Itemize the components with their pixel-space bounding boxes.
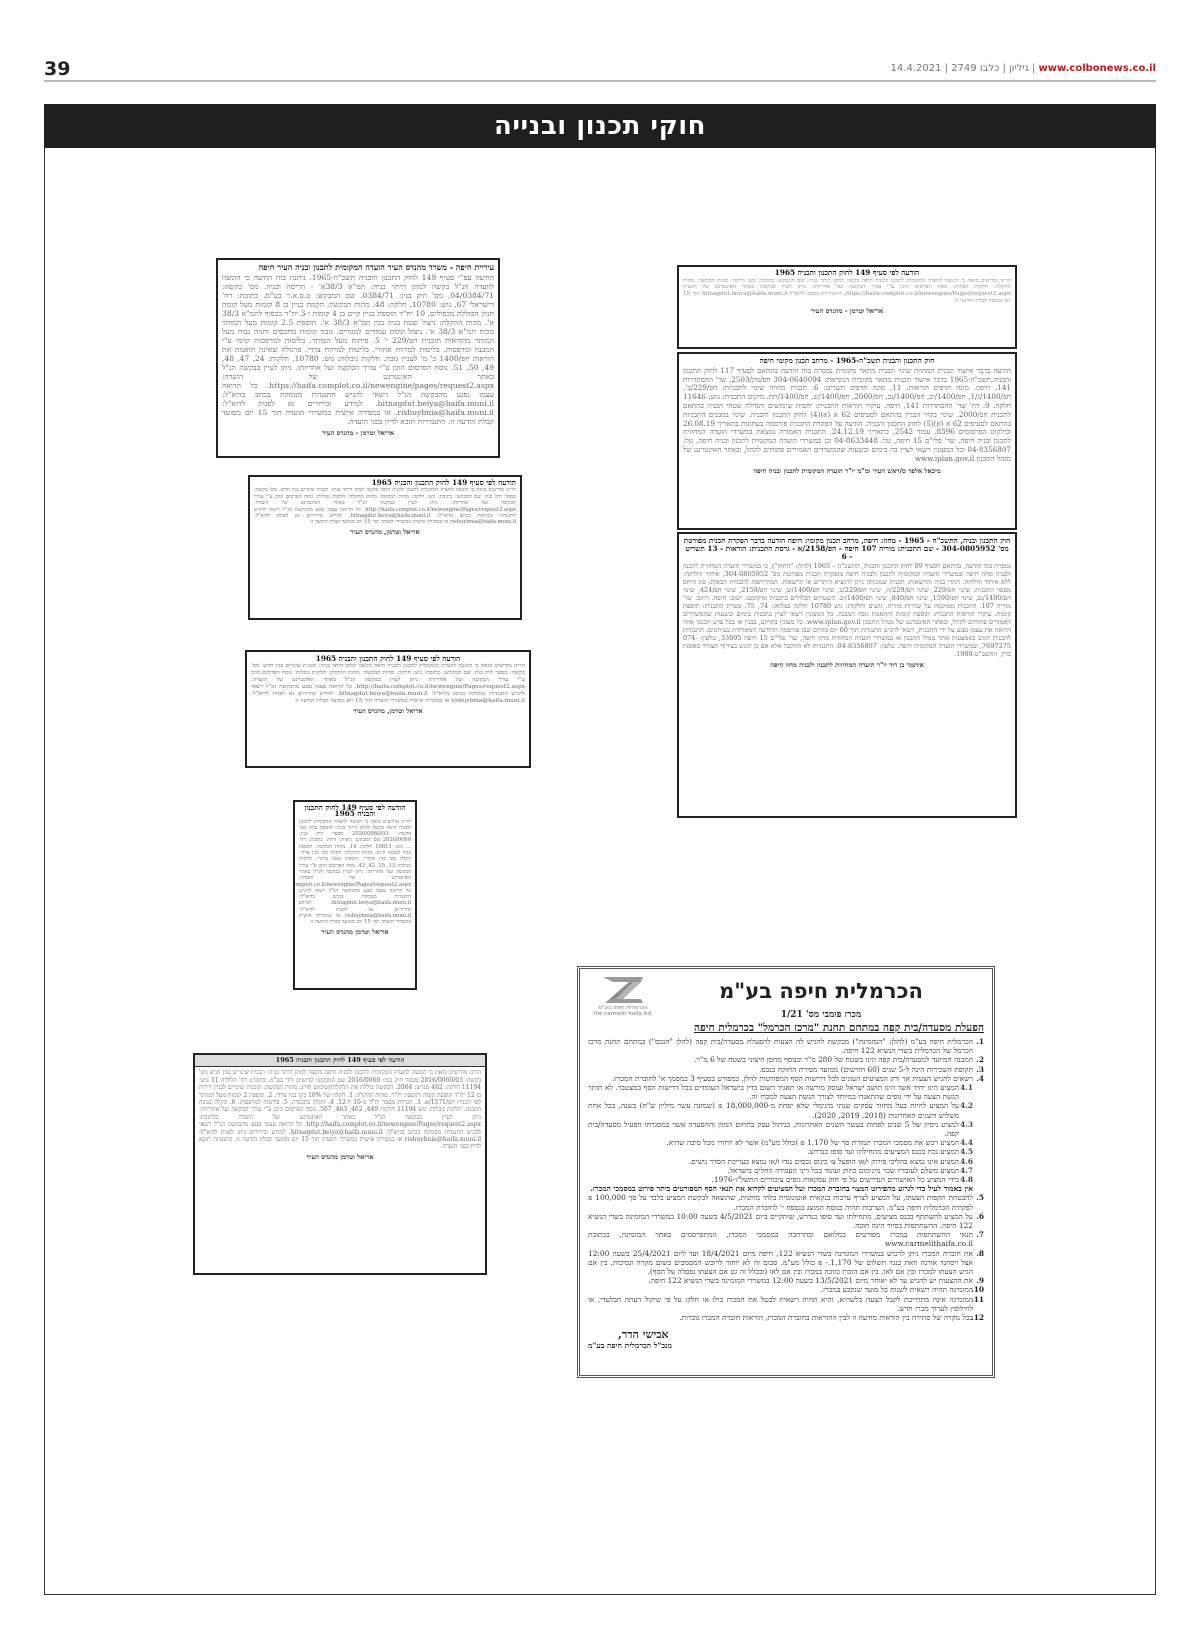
- notice-title: חוק התכנון ובניה, התשכ"ה - 1965 - מחוז: …: [683, 537, 1011, 561]
- carmelit-tender-ad: הכרמלית חיפה בע"מ the carmelit haifa ltd…: [577, 966, 995, 1378]
- tender-item: 12.בכל מקרה של סתירה בין הוראות מודעה זו…: [588, 1313, 984, 1322]
- folio-paper: כלבו: [980, 63, 999, 74]
- tender-item: 4.רשאים להגיש הצעות אך ורק המציעים העוני…: [588, 1074, 984, 1184]
- signer-name: אבישי הדר,: [588, 1328, 984, 1341]
- tender-item: 2.המבנה המיועד למסעדה/בית קפה הינו בשטח …: [588, 1055, 984, 1064]
- notice-signature: אריאל וטרמן - מהנדס העיר: [222, 429, 494, 438]
- notice-body: נמסרת בזה הודעה, בהתאם לסעיף 89 לחוק התכ…: [683, 562, 1011, 658]
- notice-149-small: הודעה לפי סעיף 149 לחוק התכנון והבניה 19…: [677, 265, 1017, 349]
- notice-body: הרינו מודיעים בזאת כי הוגשה לוועדה המקומ…: [254, 487, 516, 525]
- folio-date: 14.4.2021: [891, 63, 942, 74]
- notice-signature: אריאל וטרמן, מהנדס העיר: [251, 708, 525, 715]
- notice-149-wide: הודעה לפי סעיף 149 לחוק התכנון והבניה 19…: [248, 475, 522, 620]
- tender-item: 10.המזמינה תהיה רשאית לשנות כל מועד שנקב…: [588, 1285, 984, 1294]
- tender-note: אין באמור לעיל כדי לגרוע מהפירוט המצוי ב…: [588, 1184, 984, 1193]
- tender-item: 6.על המציע להשתתף בכנס מציעים, מתחילתו ו…: [588, 1212, 984, 1230]
- notice-body: הודעה בדבר אישור תכנית המהווה שינוי תכני…: [683, 367, 1011, 464]
- condition-item: 4.4המציע רכש את מסמכי המכרז תמורת סך של …: [588, 1138, 973, 1147]
- notice-body: הרינו מודיעים בזאת כי הוגשה לוועדה המקומ…: [251, 663, 525, 705]
- notice-149-narrow: הודעה לפי סעיף 149 לחוק התכנון והבניה 19…: [293, 800, 417, 990]
- condition-item: 4.5המציע נכח בכנס המציעים מתחילתו ועד סו…: [588, 1147, 973, 1156]
- notice-title: הודעה לפי סעיף 149 לחוק התכנון והבניה 19…: [683, 270, 1011, 277]
- notice-body: הודעה עפ"י סעיף 149 לחוק התכנון והבניה ת…: [222, 273, 494, 426]
- condition-item: 4.2על המציע להיות בעל מחזור עסקים שנתי מ…: [588, 1101, 973, 1119]
- notice-signature: אריאל וטרמן - מהנדס העיר: [683, 308, 1011, 315]
- carmelit-z-logo-icon: [601, 975, 645, 1005]
- tender-number: מכרז פומבי מס' 1/21: [658, 1009, 984, 1020]
- notice-signature: אריאל וטרמן מהנדס העיר: [199, 1154, 481, 1161]
- notice-149-boxed: הודעה לפי סעיף 149 לחוק התכנון והבניה 19…: [193, 1053, 487, 1275]
- notice-title: הודעה לפי סעיף 149 לחוק התכנון והבניה 19…: [195, 1055, 485, 1067]
- tender-items: 1.הכרמלית חיפה בע"מ (להלן: "המזמינה") מב…: [588, 1037, 984, 1322]
- notice-body: הרינו מודיעים בזאת כי הוגשה לוועדה המקומ…: [683, 278, 1011, 305]
- notice-title: הודעה לפי סעיף 149 לחוק התכנון והבניה 19…: [254, 480, 516, 486]
- notice-signature: מיכאל אלפר ס/ראש העיר ומ"מ יו"ר הועדה המ…: [683, 467, 1011, 476]
- tender-item: 5.להבטחת תקפות הצעתו, על המציע לצרף ערבו…: [588, 1193, 984, 1211]
- signer-title: מנכ"ל הכרמלית חיפה בע"מ: [588, 1341, 984, 1350]
- notice-title: חוק התכנון והבניה תשכ"ה-1965 - מרחב תכנו…: [683, 357, 1011, 366]
- section-title: חוקי תכנון ובנייה: [494, 111, 706, 141]
- threshold-conditions: 4.1המציע הינו יחיד אשר הינו תושב ישראל ו…: [588, 1083, 973, 1184]
- notice-local-plan-approval: חוק התכנון והבניה תשכ"ה-1965 - מרחב תכנו…: [677, 352, 1017, 530]
- site-link[interactable]: www.colbonews.co.il: [1039, 63, 1156, 74]
- company-logo: הכרמלית חיפה בע"מ the carmelit haifa ltd…: [588, 975, 658, 1017]
- condition-item: 4.8בידי המציע כל האישורים הנדרשים על פי …: [588, 1175, 973, 1184]
- tender-item: 9.את ההצעות יש להגיש עד לא יאוחר מיום 13…: [588, 1276, 984, 1285]
- page-number: 39: [44, 58, 70, 80]
- notice-signature: אריאל וטרמן מהנדס העיר: [299, 929, 411, 935]
- condition-item: 4.3למציע ניסיון של 5 שנים לפחות בעשר השנ…: [588, 1120, 973, 1138]
- notice-body: הרינו מודיעים בזאת כי הוגשה לוועדה המקומ…: [299, 819, 411, 926]
- notice-haifa-building-permit: עיריית חיפה - משרד מהנדס העיר הועדה המקו…: [216, 258, 500, 458]
- tender-item: 7.תנאי ההשתתפות במכרז מפורטים במלואם ובה…: [588, 1230, 984, 1248]
- tender-subject: הפעלת מסעדה/בית קפה במתחם תחנת "מרכז הכר…: [588, 1022, 984, 1034]
- condition-item: 4.7המציע משלם לעובדיו שכר מינימום כחוק ו…: [588, 1166, 973, 1175]
- folio: 14.4.2021 | 2749 גיליון | כלבו | www.col…: [891, 63, 1156, 74]
- section-banner: חוקי תכנון ובנייה: [44, 104, 1156, 148]
- notice-signature: איתמר בן דוד יו"ר הועדה המחוזית לתכנון ו…: [683, 661, 1011, 669]
- condition-item: 4.6המציע אינו נמצא בהליכי פירוק ו/או הופ…: [588, 1157, 973, 1166]
- notice-title: הודעה לפי סעיף 149 לחוק התכנון והבניה 19…: [251, 655, 525, 662]
- logo-name-en: the carmelit haifa ltd.: [588, 1011, 658, 1017]
- notice-moria-plan-deposit: חוק התכנון ובניה, התשכ"ה - 1965 - מחוז: …: [677, 532, 1017, 818]
- tender-item: 3.תקופת השכירות הינה ל-5 שנים (60 חודשים…: [588, 1065, 984, 1074]
- tender-item: 1.הכרמלית חיפה בע"מ (להלן: "המזמינה") מב…: [588, 1037, 984, 1055]
- tender-item: 11.המזמינה אינה מתחייבת לקבל הצעה כלשהיא…: [588, 1295, 984, 1313]
- company-name: הכרמלית חיפה בע"מ: [658, 979, 984, 1003]
- notice-title: עיריית חיפה - משרד מהנדס העיר הועדה המקו…: [222, 263, 494, 272]
- notice-149-middle: הודעה לפי סעיף 149 לחוק התכנון והבניה 19…: [245, 650, 531, 768]
- notice-title: הודעה לפי סעיף 149 לחוק התכנון והבניה 19…: [299, 805, 411, 818]
- notice-signature: אריאל וטרמן, מהנדס העיר: [254, 529, 516, 535]
- notice-body: הרינו מודיעים בזאת כי הוגשה לוועדה המקומ…: [199, 1069, 481, 1150]
- tender-item: 8.את חוברת המכרז ניתן לרכוש במשרדי המזמי…: [588, 1249, 984, 1277]
- header-rule: [44, 80, 1156, 82]
- condition-item: 4.1המציע הינו יחיד אשר הינו תושב ישראל ו…: [588, 1083, 973, 1101]
